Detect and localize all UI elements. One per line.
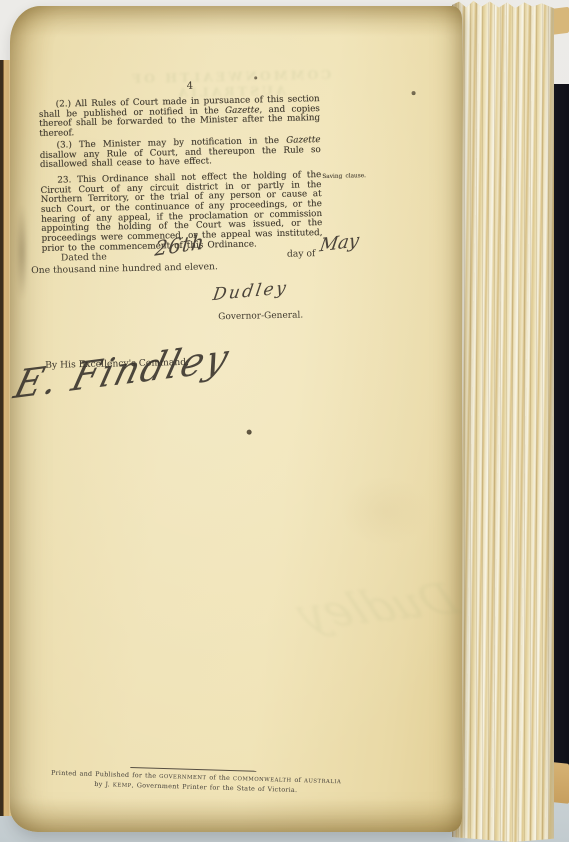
imprint-smallcaps-word: Commonwealth (233, 776, 292, 784)
ink-speck (412, 91, 416, 95)
dated-year-line: One thousand nine hundred and eleven. (31, 261, 218, 276)
imprint-text: of (291, 776, 304, 784)
dated-line-prefix: Dated the (61, 252, 107, 264)
imprint-smallcaps-word: Government (159, 774, 206, 781)
scanned-document-photo: COMMONWEALTH OF AUSTRALIA 4 (2.) All Rul… (0, 0, 569, 842)
document-page: COMMONWEALTH OF AUSTRALIA 4 (2.) All Rul… (10, 6, 462, 832)
italic-word: Gazette (225, 105, 260, 116)
ink-speck (254, 76, 257, 79)
command-signature: E. Findley (10, 329, 280, 407)
dated-line-middle: day of (287, 248, 316, 260)
italic-word: Gazette (286, 135, 321, 146)
governor-general-signature: Dudley (211, 278, 289, 305)
page-stack-fore-edge (452, 0, 554, 842)
margin-note: Saving clause. (322, 173, 368, 180)
imprint-smallcaps-word: Kemp (113, 782, 132, 789)
imprint-smallcaps-word: Australia (304, 778, 341, 785)
paragraph: (2.) All Rules of Court made in pursuanc… (39, 95, 321, 140)
imprint-text: of the (206, 773, 233, 782)
ghost-bleedthrough-signature: Dudley (186, 574, 462, 651)
imprint-text: Printed and Published for the (51, 769, 159, 780)
page-number: 4 (155, 80, 225, 92)
paragraph: (3.) The Minister may by notification in… (40, 136, 322, 171)
page-content: COMMONWEALTH OF AUSTRALIA 4 (2.) All Rul… (10, 6, 462, 832)
handwritten-month: May (318, 230, 360, 257)
ink-speck (247, 430, 252, 435)
imprint-text: by J. (94, 780, 113, 789)
governor-general-title: Governor-General. (218, 310, 303, 322)
